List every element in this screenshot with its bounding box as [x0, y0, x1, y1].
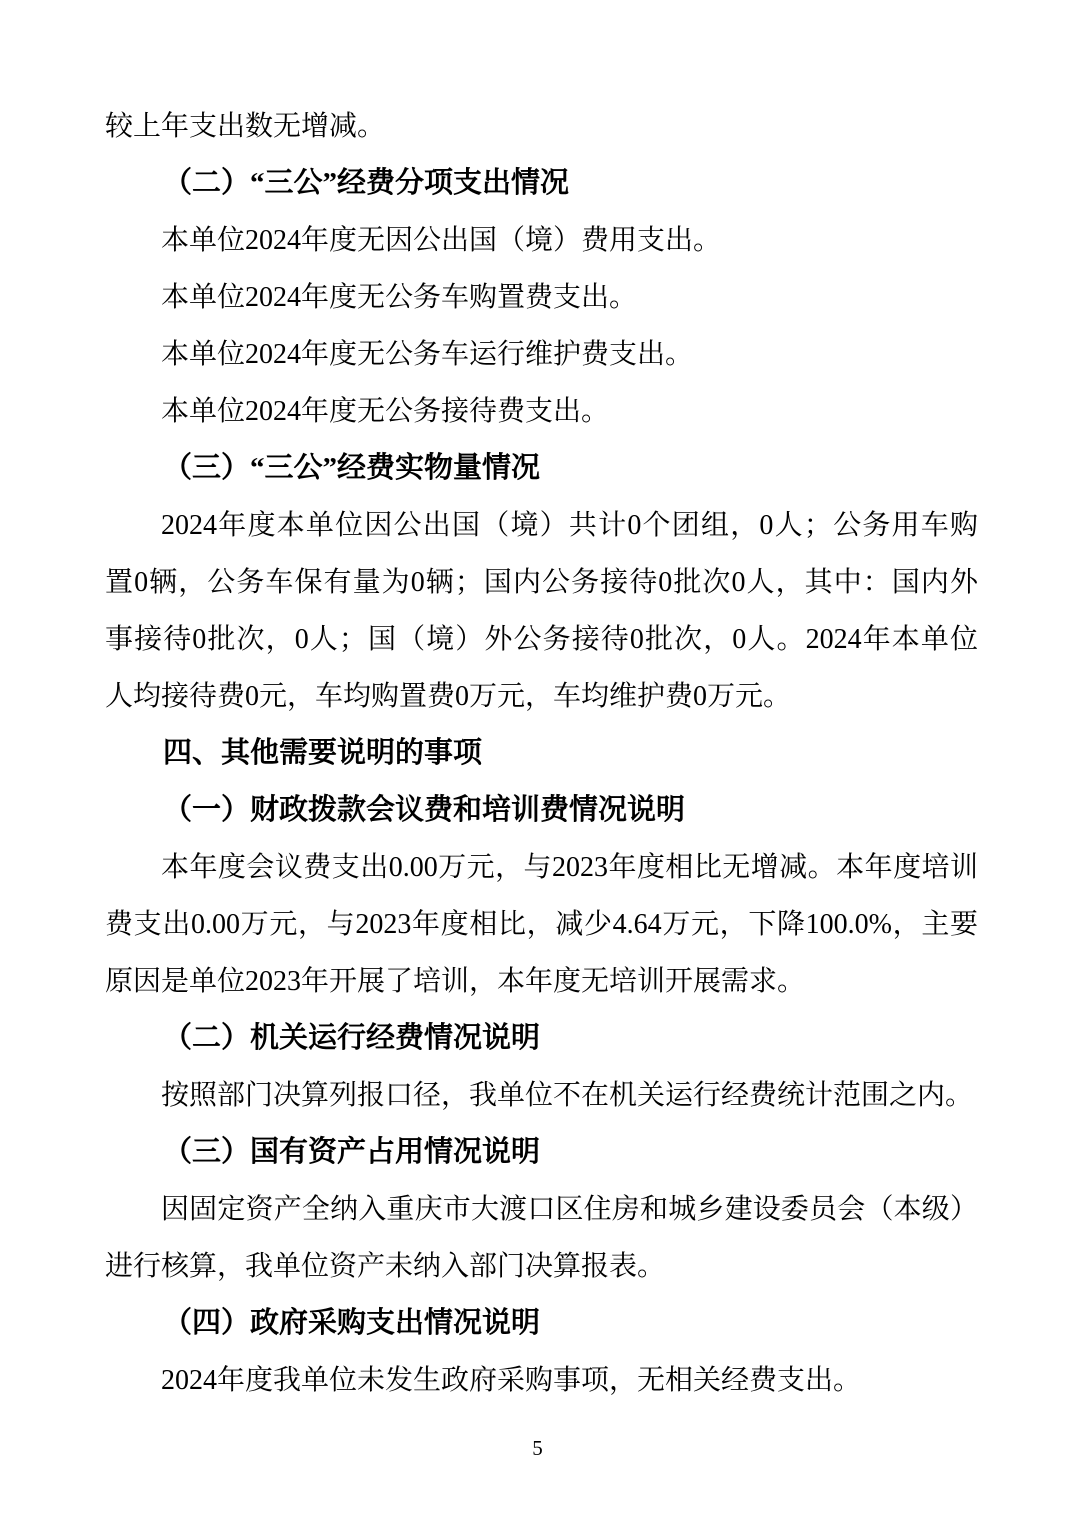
- section-heading: 四、其他需要说明的事项: [105, 725, 978, 782]
- body-line: 置0辆，公务车保有量为0辆；国内公务接待0批次0人，其中：国内外: [105, 554, 978, 611]
- body-line: 因固定资产全纳入重庆市大渡口区住房和城乡建设委员会（本级）: [105, 1181, 978, 1238]
- page-number: 5: [0, 1436, 1075, 1461]
- body-line: 进行核算，我单位资产未纳入部门决算报表。: [105, 1238, 978, 1295]
- body-line: 事接待0批次，0人；国（境）外公务接待0批次，0人。2024年本单位: [105, 611, 978, 668]
- subsection-heading: （三）国有资产占用情况说明: [105, 1124, 978, 1181]
- body-line: 本单位2024年度无因公出国（境）费用支出。: [105, 212, 978, 269]
- body-line: 按照部门决算列报口径，我单位不在机关运行经费统计范围之内。: [105, 1067, 978, 1124]
- body-line: 较上年支出数无增减。: [105, 98, 978, 155]
- body-line: 本单位2024年度无公务车运行维护费支出。: [105, 326, 978, 383]
- subsection-heading: （四）政府采购支出情况说明: [105, 1295, 978, 1352]
- body-line: 本单位2024年度无公务车购置费支出。: [105, 269, 978, 326]
- body-line: 本单位2024年度无公务接待费支出。: [105, 383, 978, 440]
- body-line: 人均接待费0元，车均购置费0万元，车均维护费0万元。: [105, 668, 978, 725]
- subsection-heading: （一）财政拨款会议费和培训费情况说明: [105, 782, 978, 839]
- document-text: 较上年支出数无增减。 （二）“三公”经费分项支出情况 本单位2024年度无因公出…: [105, 98, 978, 1409]
- body-line: 原因是单位2023年开展了培训，本年度无培训开展需求。: [105, 953, 978, 1010]
- body-line: 本年度会议费支出0.00万元，与2023年度相比无增减。本年度培训: [105, 839, 978, 896]
- document-page: 较上年支出数无增减。 （二）“三公”经费分项支出情况 本单位2024年度无因公出…: [0, 0, 1075, 1520]
- subsection-heading: （三）“三公”经费实物量情况: [105, 440, 978, 497]
- body-line: 2024年度我单位未发生政府采购事项，无相关经费支出。: [105, 1352, 978, 1409]
- body-line: 费支出0.00万元，与2023年度相比，减少4.64万元，下降100.0%，主要: [105, 896, 978, 953]
- subsection-heading: （二）“三公”经费分项支出情况: [105, 155, 978, 212]
- body-line: 2024年度本单位因公出国（境）共计0个团组，0人；公务用车购: [105, 497, 978, 554]
- subsection-heading: （二）机关运行经费情况说明: [105, 1010, 978, 1067]
